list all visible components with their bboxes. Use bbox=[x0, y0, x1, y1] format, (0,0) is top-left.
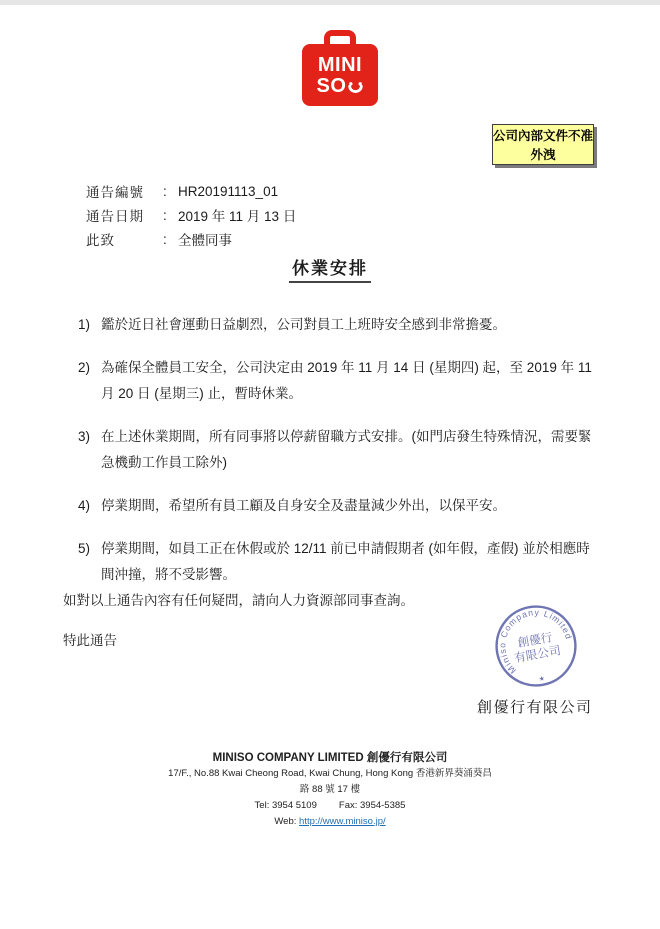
meta-value-notice-number: HR20191113_01 bbox=[178, 184, 278, 199]
item-text: 停業期間，如員工正在休假或於 12/11 前已申請假期者 (如年假，產假) 並於… bbox=[101, 536, 598, 588]
miniso-logo: MINI SO bbox=[302, 28, 378, 106]
footer-address-line1: 17/F., No.88 Kwai Cheong Road, Kwai Chun… bbox=[0, 766, 660, 782]
footer-tel: Tel: 3954 5109 bbox=[255, 800, 317, 811]
page-title: 休業安排 bbox=[289, 254, 371, 283]
logo-so-text: SO bbox=[317, 76, 347, 97]
closing-block: 如對以上通告內容有任何疑問，請向人力資源部同事查詢。 特此通告 bbox=[63, 588, 414, 654]
footer-web-link[interactable]: http://www.miniso.jp/ bbox=[299, 816, 386, 827]
letterhead-footer: MINISO COMPANY LIMITED 創優行有限公司 17/F., No… bbox=[0, 750, 660, 830]
declaration-line: 特此通告 bbox=[63, 628, 414, 654]
confidential-stamp-box: 公司內部文件不准 外洩 bbox=[492, 124, 594, 165]
smiley-icon bbox=[348, 81, 363, 94]
scan-edge-strip bbox=[0, 0, 660, 5]
meta-label: 通告編號 bbox=[86, 181, 163, 201]
list-item-5: 5) 停業期間，如員工正在休假或於 12/11 前已申請假期者 (如年假，產假)… bbox=[78, 536, 598, 588]
footer-web-label: Web: bbox=[274, 816, 296, 827]
meta-row-addressee: 此致 : 全體同事 bbox=[86, 227, 296, 251]
confidential-line1: 公司內部文件不准 bbox=[493, 127, 593, 146]
enquiry-line: 如對以上通告內容有任何疑問，請向人力資源部同事查詢。 bbox=[63, 588, 414, 614]
meta-colon: : bbox=[163, 184, 173, 199]
list-item-2: 2) 為確保全體員工安全，公司決定由 2019 年 11 月 14 日 (星期四… bbox=[78, 355, 598, 407]
shopping-bag-icon: MINI SO bbox=[302, 44, 378, 106]
meta-value-addressee: 全體同事 bbox=[178, 229, 232, 249]
meta-label: 通告日期 bbox=[86, 205, 163, 225]
meta-row-notice-number: 通告編號 : HR20191113_01 bbox=[86, 179, 296, 203]
item-number: 4) bbox=[78, 493, 101, 519]
list-item-1: 1) 鑑於近日社會運動日益劇烈，公司對員工上班時安全感到非常擔憂。 bbox=[78, 312, 598, 338]
footer-company-line: MINISO COMPANY LIMITED 創優行有限公司 bbox=[0, 750, 660, 766]
notice-meta: 通告編號 : HR20191113_01 通告日期 : 2019 年 11 月 … bbox=[86, 179, 296, 251]
item-text: 為確保全體員工安全，公司決定由 2019 年 11 月 14 日 (星期四) 起… bbox=[101, 355, 598, 407]
notice-document: MINI SO 公司內部文件不准 外洩 通告編號 : HR20191113_01… bbox=[0, 0, 660, 929]
stamp-star-icon: ★ bbox=[538, 675, 545, 683]
meta-colon: : bbox=[163, 208, 173, 223]
list-item-4: 4) 停業期間，希望所有員工顧及自身安全及盡量減少外出，以保平安。 bbox=[78, 493, 598, 519]
meta-row-notice-date: 通告日期 : 2019 年 11 月 13 日 bbox=[86, 203, 296, 227]
item-number: 5) bbox=[78, 536, 101, 588]
company-stamp: Miniso Company Limited 創優行 有限公司 ★ bbox=[492, 602, 580, 690]
logo-text-line2: SO bbox=[317, 76, 364, 97]
signature-company-name: 創優行有限公司 bbox=[477, 696, 593, 717]
meta-label: 此致 bbox=[86, 229, 163, 249]
item-text: 在上述休業期間，所有同事將以停薪留職方式安排。(如門店發生特殊情況，需要緊急機動… bbox=[101, 424, 598, 476]
confidential-line2: 外洩 bbox=[493, 146, 593, 165]
item-text: 鑑於近日社會運動日益劇烈，公司對員工上班時安全感到非常擔憂。 bbox=[101, 312, 598, 338]
meta-value-notice-date: 2019 年 11 月 13 日 bbox=[178, 205, 296, 225]
meta-colon: : bbox=[163, 232, 173, 247]
footer-tel-fax-line: Tel: 3954 5109Fax: 3954-5385 bbox=[0, 798, 660, 814]
notice-body-list: 1) 鑑於近日社會運動日益劇烈，公司對員工上班時安全感到非常擔憂。 2) 為確保… bbox=[78, 312, 598, 605]
list-item-3: 3) 在上述休業期間，所有同事將以停薪留職方式安排。(如門店發生特殊情況，需要緊… bbox=[78, 424, 598, 476]
footer-address-line2: 路 88 號 17 樓 bbox=[0, 782, 660, 798]
item-text: 停業期間，希望所有員工顧及自身安全及盡量減少外出，以保平安。 bbox=[101, 493, 598, 519]
logo-text-line1: MINI bbox=[318, 55, 362, 76]
footer-fax: Fax: 3954-5385 bbox=[339, 800, 406, 811]
footer-web-line: Web: http://www.miniso.jp/ bbox=[0, 814, 660, 830]
item-number: 3) bbox=[78, 424, 101, 476]
item-number: 2) bbox=[78, 355, 101, 407]
title-wrap: 休業安排 bbox=[0, 254, 660, 283]
item-number: 1) bbox=[78, 312, 101, 338]
